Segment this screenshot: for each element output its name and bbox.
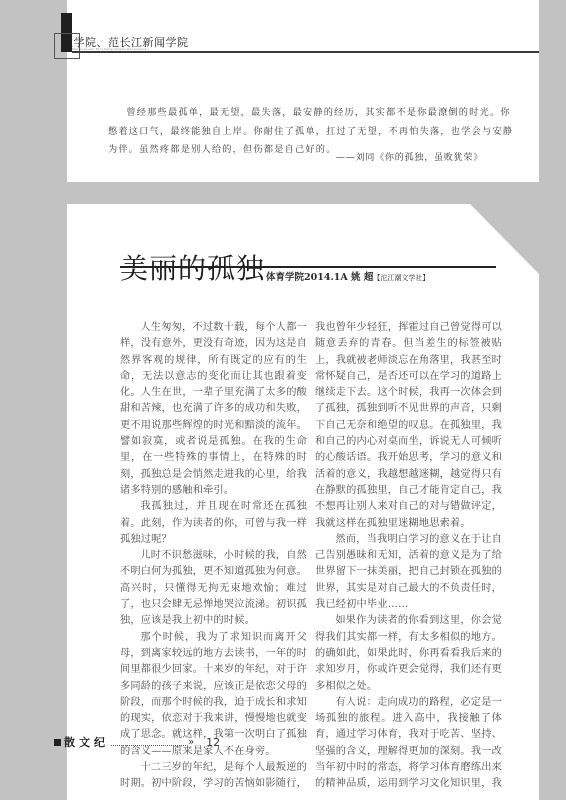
byline: 体育学院2014.1A 姚 超【沱江潮文学社】 [266,269,429,283]
magazine-name: 散文纪 [64,734,109,750]
corner-fold-decoration [470,204,539,274]
paragraph-continued: 我也曾年少轻狂，挥霍过自己曾觉得可以随意丢弃的青春。但当差生的标签被贴上，我就被… [315,320,502,532]
right-margin-band [539,0,566,800]
paragraph: 有人说：走向成功的路程，必定是一场孤独的旅程。进入高中，我接触了体育，通过学习体… [315,695,502,793]
title-rule [120,266,496,268]
paragraph: 我孤独过，并且现在时常还在孤独着。此刻，作为读者的你，可曾与我一样孤独过呢？ [120,499,307,548]
page-footer: 散文纪 » 12 [54,734,220,750]
dotted-leader [111,739,186,746]
section-divider-band [67,182,539,204]
article-column-left: 人生匆匆，不过数十载，每个人都一样，没有意外，更没有奇迹，因为这是自然界客观的规… [120,320,307,793]
paragraph: 然而，当我明白学习的意义在于让自己告别愚昧和无知，活着的意义是为了给世界留下一抹… [315,532,502,613]
paragraph: 人生匆匆，不过数十载，每个人都一样，没有意外，更没有奇迹，因为这是自然界客观的规… [120,320,307,499]
paragraph: 如果作为读者的你看到这里，你会觉得我们其实都一样，有太多相似的地方。的确如此，如… [315,613,502,694]
double-arrow-icon: » [188,737,194,748]
byline-author: 体育学院2014.1A 姚 超 [266,272,373,283]
square-bullet-icon [54,739,61,746]
left-margin-band [0,0,67,800]
paragraph: 儿时不识愁滋味，小时候的我，自然不明白何为孤独，更不知道孤独为何意。高兴时，只懂… [120,548,307,629]
header-rule [72,51,539,53]
paragraph: 十二三岁的年纪，是每个人最叛逆的时期。初中阶段，学习的苦恼如影随行， [120,760,307,793]
article-column-right: 我也曾年少轻狂，挥霍过自己曾觉得可以随意丢弃的青春。但当差生的标签被贴上，我就被… [315,320,502,793]
page-number: 12 [206,736,220,749]
quote-source: ——刘同《你的孤独，虽败犹荣》 [336,150,483,163]
byline-organization: 【沱江潮文学社】 [373,274,429,282]
